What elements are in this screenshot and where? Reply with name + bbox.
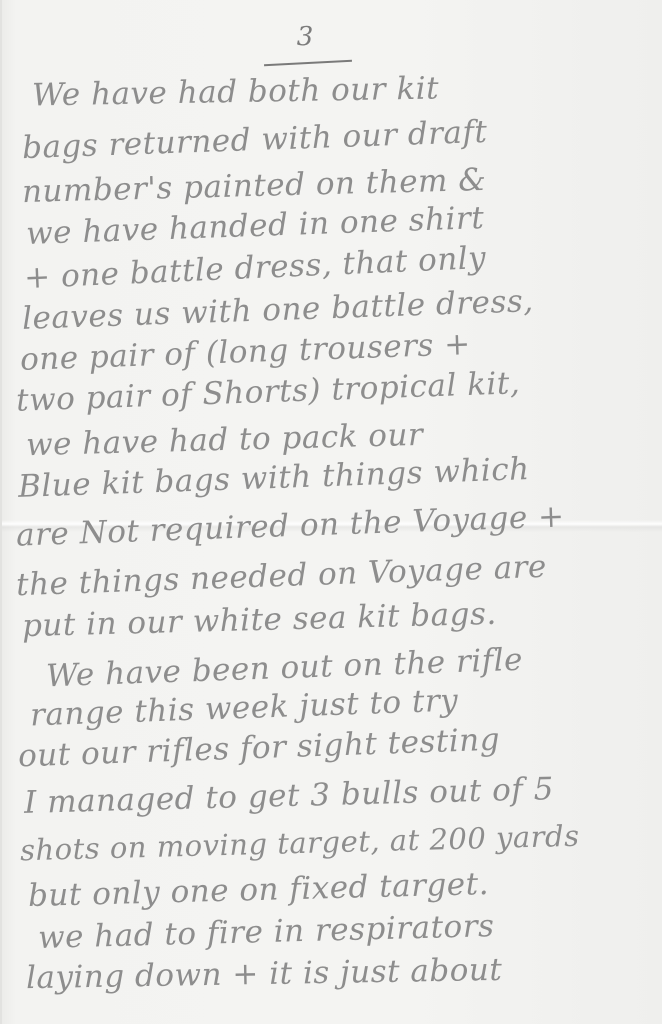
handwritten-line: We have had both our kit [32, 70, 440, 113]
handwritten-line: I managed to get 3 bulls out of 5 [24, 771, 555, 821]
handwritten-line: are Not required on the Voyage + [16, 498, 566, 553]
handwritten-line: laying down + it is just about [26, 952, 503, 996]
handwritten-line: the things needed on Voyage are [16, 549, 548, 604]
handwritten-line: bags returned with our draft [22, 114, 488, 166]
page-number-underline [264, 60, 352, 67]
handwritten-line: but only one on fixed target. [28, 866, 490, 914]
letter-page: 3 We have had both our kit bags returned… [0, 0, 662, 1024]
handwritten-line: we had to fire in respirators [38, 908, 495, 956]
handwritten-line: put in our white sea kit bags. [22, 596, 498, 644]
page-number: 3 [260, 22, 350, 52]
handwritten-line: shots on moving target, at 200 yards [20, 819, 580, 868]
